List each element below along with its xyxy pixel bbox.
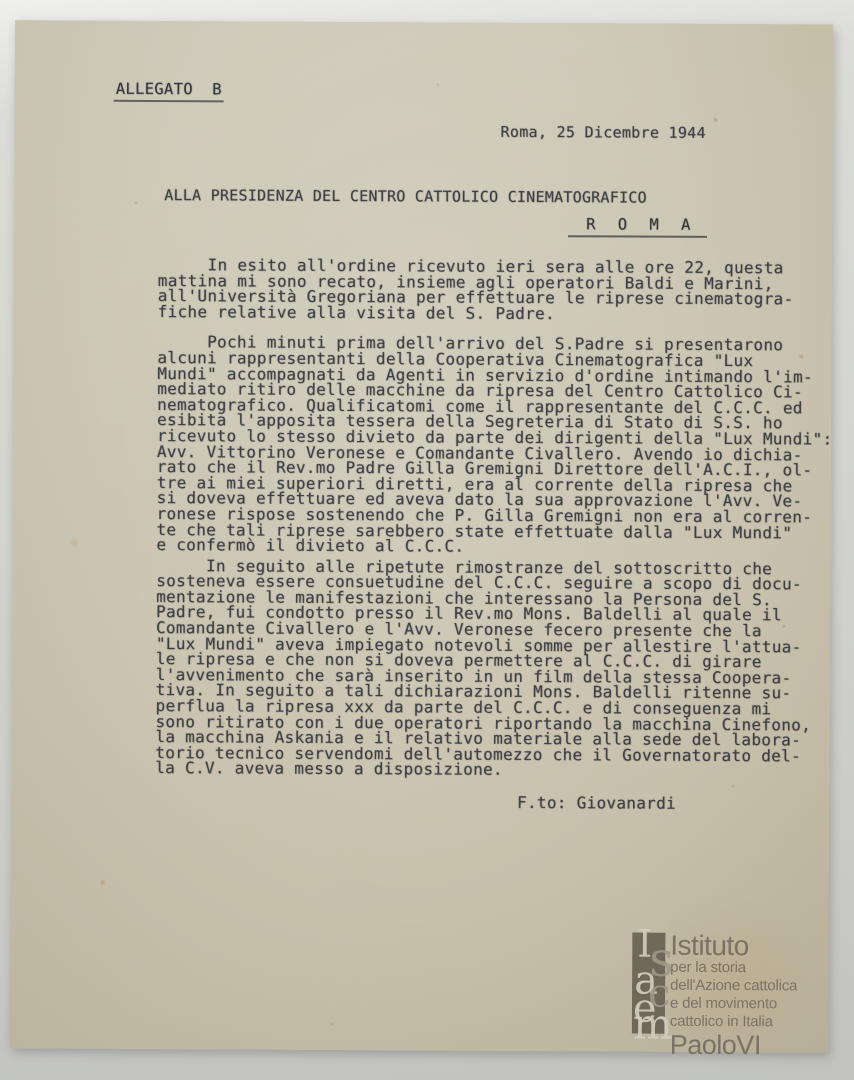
recipient-city: R O M A (568, 215, 707, 238)
watermark-line-1: per la storia (670, 959, 797, 978)
paragraph-2: Pochi minuti prima dell'arrivo del S.Pad… (156, 334, 847, 556)
watermark-line-4: cattolico in Italia (670, 1013, 797, 1032)
watermark-line-2: dell'Azione cattolica (670, 977, 797, 996)
watermark-title: Istituto (670, 933, 797, 960)
paragraph-3: In seguito alle ripetute rimostranze del… (155, 558, 846, 780)
isacem-watermark: I s a c e m Istituto per la storia dell'… (632, 933, 833, 1074)
signature-line: F.to: Giovanardi (155, 793, 845, 812)
recipient-line: ALLA PRESIDENZA DEL CENTRO CATTOLICO CIN… (164, 186, 647, 207)
watermark-line-3: e del movimento (670, 995, 797, 1014)
paragraph-1: In esito all'ordine ricevuto ieri sera a… (158, 257, 848, 323)
logo-letter-m: m (633, 1009, 673, 1042)
date-line: Roma, 25 Dicembre 1944 (501, 123, 706, 142)
letter-body: In esito all'ordine ricevuto ieri sera a… (155, 257, 848, 812)
scanned-letter-page: ALLEGATO B Roma, 25 Dicembre 1944 ALLA P… (10, 20, 833, 1052)
isacem-caption: Istituto per la storia dell'Azione catto… (670, 933, 798, 1060)
watermark-paolovi: PaoloVI (670, 1031, 797, 1060)
photo-background: { "document": { "allegato": "ALLEGATO B"… (0, 0, 854, 1080)
allegato-label: ALLEGATO B (114, 80, 224, 103)
